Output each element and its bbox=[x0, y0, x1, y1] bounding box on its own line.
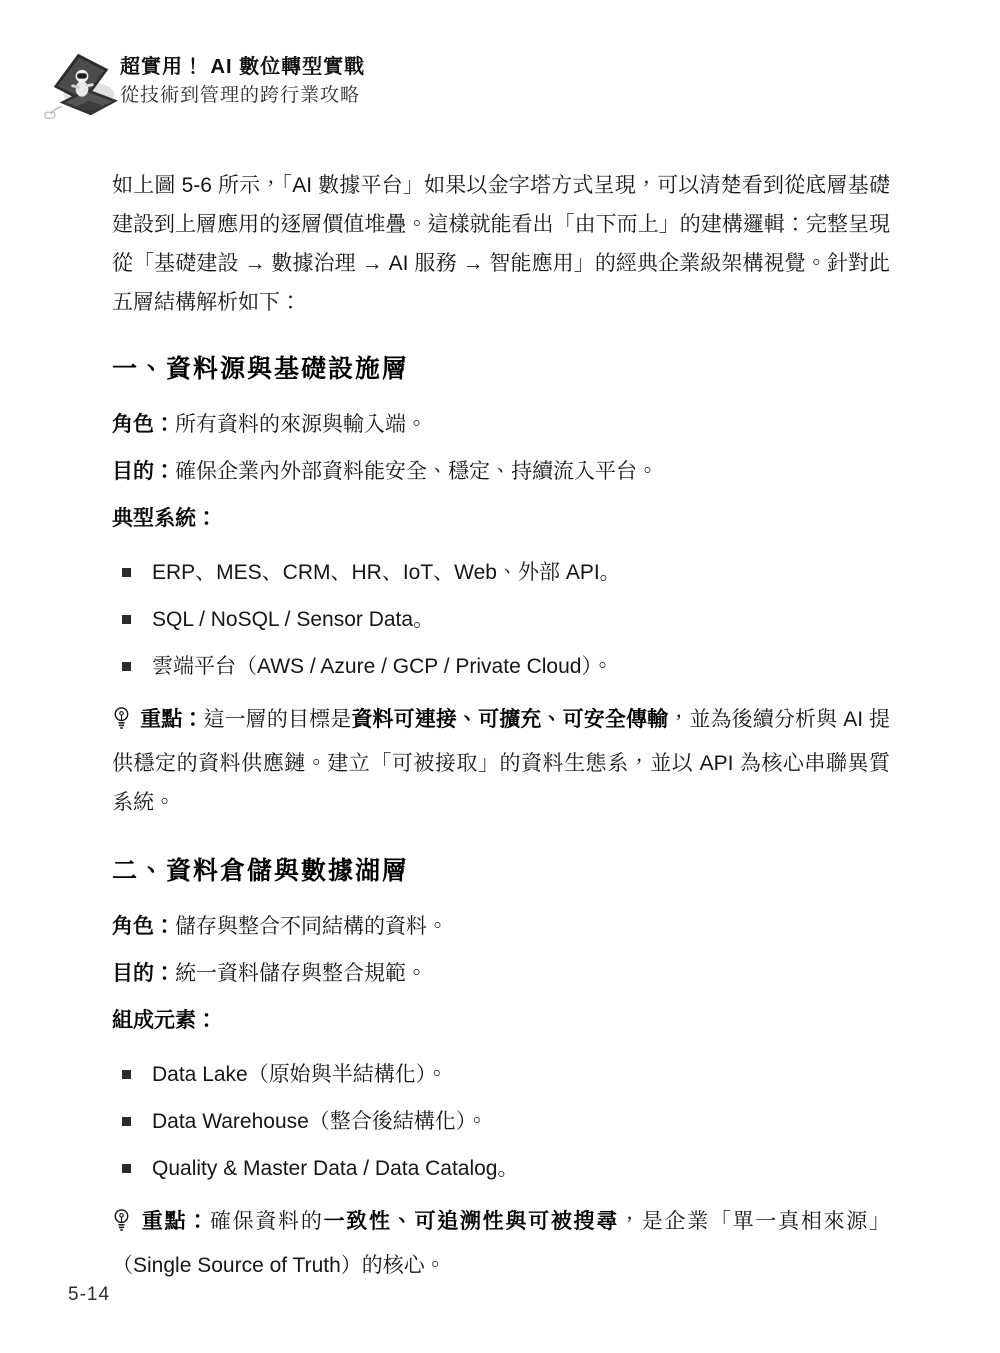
book-page: 超實用！ AI 數位轉型實戰 從技術到管理的跨行業攻略 如上圖 5-6 所示，「… bbox=[0, 0, 1000, 1353]
field-label: 角色： bbox=[112, 915, 175, 938]
field-label: 角色： bbox=[112, 413, 175, 436]
keypoint-label: 重點： bbox=[140, 708, 204, 731]
field-role: 角色：儲存與整合不同結構的資料。 bbox=[112, 913, 890, 941]
bullet-square-icon bbox=[122, 662, 131, 671]
field-label: 目的： bbox=[112, 962, 175, 985]
keypoint-run: 確保資料的 bbox=[210, 1210, 324, 1233]
keypoint-run-bold: 一致性、可追溯性與可被搜尋 bbox=[324, 1210, 619, 1233]
list-item: Data Lake（原始與半結構化）。 bbox=[112, 1061, 890, 1089]
lightbulb-icon bbox=[112, 1207, 131, 1246]
field-text: 統一資料儲存與整合規範。 bbox=[175, 962, 427, 985]
bullet-square-icon bbox=[122, 568, 131, 577]
field-text: 所有資料的來源與輸入端。 bbox=[175, 413, 427, 436]
bullet-square-icon bbox=[122, 1164, 131, 1173]
keypoint-run-bold: 資料可連接、可擴充、可安全傳輸 bbox=[351, 708, 668, 731]
list-item-text: ERP、MES、CRM、HR、IoT、Web、外部 API。 bbox=[152, 561, 621, 584]
list-item-text: SQL / NoSQL / Sensor Data。 bbox=[152, 608, 434, 631]
page-content: 如上圖 5-6 所示，「AI 數據平台」如果以金字塔方式呈現，可以清楚看到從底層… bbox=[112, 166, 890, 1285]
field-list-label: 組成元素： bbox=[112, 1007, 890, 1035]
list-item: Quality & Master Data / Data Catalog。 bbox=[112, 1155, 890, 1183]
field-label: 目的： bbox=[112, 460, 175, 483]
bullet-square-icon bbox=[122, 1117, 131, 1126]
section-heading-1: 一、資料源與基礎設施層 bbox=[112, 353, 890, 386]
section-heading-2: 二、資料倉儲與數據湖層 bbox=[112, 855, 890, 888]
laptop-robot-logo-icon bbox=[42, 44, 120, 124]
keypoint-label: 重點： bbox=[140, 1210, 210, 1233]
book-subtitle: 從技術到管理的跨行業攻略 bbox=[120, 82, 365, 109]
field-list-label: 典型系統： bbox=[112, 505, 890, 533]
book-title: 超實用！ AI 數位轉型實戰 bbox=[120, 52, 365, 82]
field-label: 組成元素： bbox=[112, 1009, 217, 1032]
components-list: Data Lake（原始與半結構化）。 Data Warehouse（整合後結構… bbox=[112, 1061, 890, 1183]
list-item: SQL / NoSQL / Sensor Data。 bbox=[112, 606, 890, 634]
bullet-square-icon bbox=[122, 615, 131, 624]
lightbulb-icon bbox=[112, 705, 131, 744]
typical-systems-list: ERP、MES、CRM、HR、IoT、Web、外部 API。 SQL / NoS… bbox=[112, 559, 890, 681]
page-header: 超實用！ AI 數位轉型實戰 從技術到管理的跨行業攻略 bbox=[42, 44, 365, 124]
header-title-block: 超實用！ AI 數位轉型實戰 從技術到管理的跨行業攻略 bbox=[120, 44, 365, 109]
list-item-text: Data Warehouse（整合後結構化）。 bbox=[152, 1110, 487, 1133]
list-item-text: 雲端平台（AWS / Azure / GCP / Private Cloud）。 bbox=[152, 655, 613, 678]
list-item-text: Quality & Master Data / Data Catalog。 bbox=[152, 1157, 519, 1180]
field-purpose: 目的：統一資料儲存與整合規範。 bbox=[112, 960, 890, 988]
field-role: 角色：所有資料的來源與輸入端。 bbox=[112, 411, 890, 439]
field-purpose: 目的：確保企業內外部資料能安全、穩定、持續流入平台。 bbox=[112, 458, 890, 486]
keypoint-run: 這一層的目標是 bbox=[204, 708, 352, 731]
list-item: Data Warehouse（整合後結構化）。 bbox=[112, 1108, 890, 1136]
field-text: 確保企業內外部資料能安全、穩定、持續流入平台。 bbox=[175, 460, 658, 483]
bullet-square-icon bbox=[122, 1070, 131, 1079]
keypoint-paragraph-1: 重點：這一層的目標是資料可連接、可擴充、可安全傳輸，並為後續分析與 AI 提供穩… bbox=[112, 700, 890, 822]
field-text: 儲存與整合不同結構的資料。 bbox=[175, 915, 448, 938]
field-label: 典型系統： bbox=[112, 507, 217, 530]
intro-paragraph: 如上圖 5-6 所示，「AI 數據平台」如果以金字塔方式呈現，可以清楚看到從底層… bbox=[112, 166, 890, 322]
keypoint-paragraph-2: 重點：確保資料的一致性、可追溯性與可被搜尋，是企業「單一真相來源」（Single… bbox=[112, 1202, 890, 1285]
list-item: 雲端平台（AWS / Azure / GCP / Private Cloud）。 bbox=[112, 653, 890, 681]
list-item: ERP、MES、CRM、HR、IoT、Web、外部 API。 bbox=[112, 559, 890, 587]
page-number: 5-14 bbox=[68, 1284, 110, 1306]
list-item-text: Data Lake（原始與半結構化）。 bbox=[152, 1063, 447, 1086]
